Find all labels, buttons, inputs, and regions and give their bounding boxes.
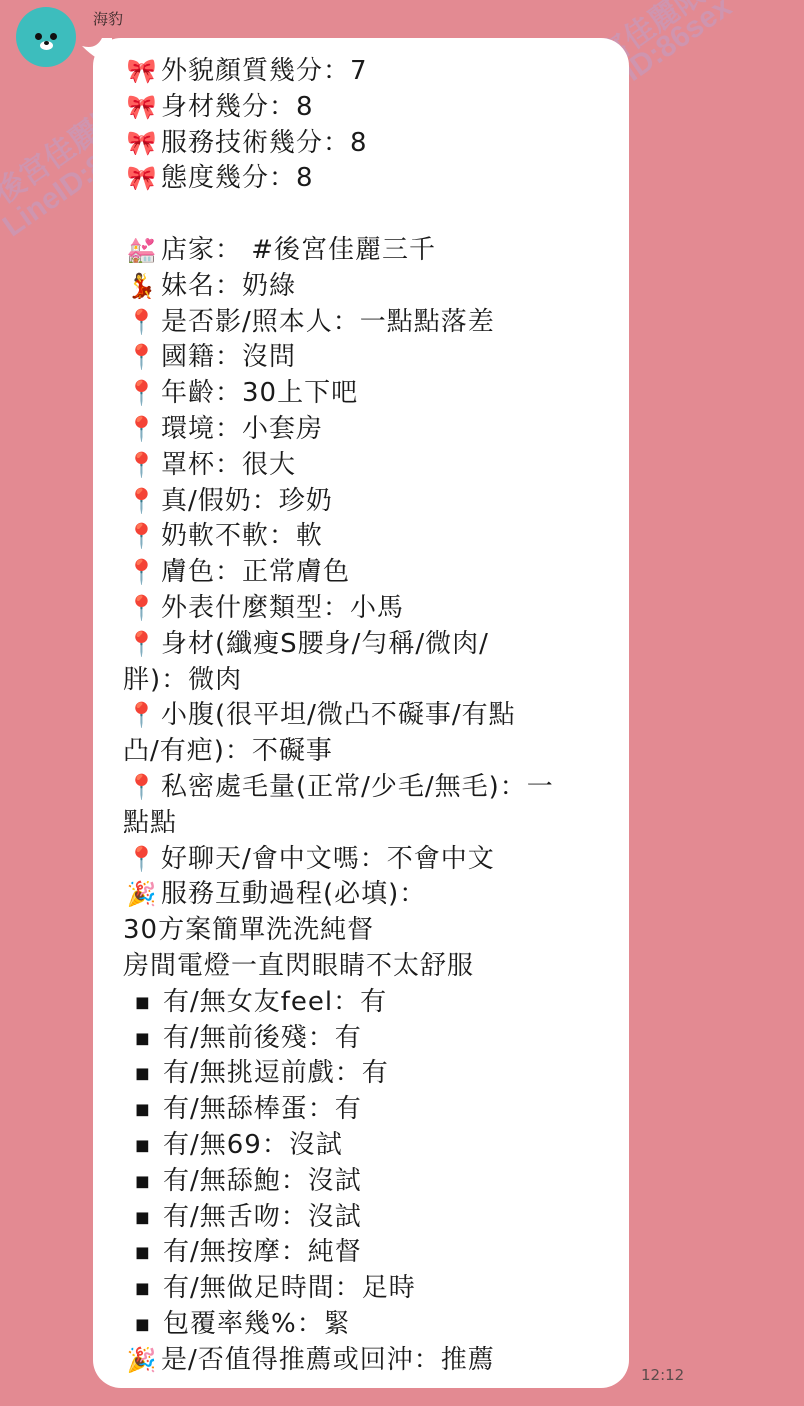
avatar-eye-icon <box>35 33 42 40</box>
message-line: ◼有/無舌吻：沒試 <box>123 1200 629 1236</box>
message-line-text: 身材幾分：8 <box>161 90 314 126</box>
ribbon-icon: 🎀 <box>123 161 161 197</box>
message-line-text: 環境：小套房 <box>161 412 323 448</box>
message-line-text: 店家： #後宮佳麗三千 <box>161 233 436 269</box>
avatar-nose-icon <box>44 41 49 45</box>
black-square-icon: ◼ <box>123 1200 163 1236</box>
sender-avatar[interactable] <box>16 7 76 67</box>
message-line: 💒店家： #後宮佳麗三千 <box>123 233 629 269</box>
message-line-text: 真/假奶：珍奶 <box>161 484 333 520</box>
message-line-text: 外貌顏質幾分：7 <box>161 54 368 90</box>
black-square-icon: ◼ <box>123 985 163 1021</box>
message-line: 🎉是/否值得推薦或回沖：推薦 <box>123 1343 629 1379</box>
message-line: 📍私密處毛量(正常/少毛/無毛)：一 <box>123 770 629 806</box>
pushpin-icon: 📍 <box>123 555 161 591</box>
black-square-icon: ◼ <box>123 1271 163 1307</box>
ribbon-icon: 🎀 <box>123 54 161 90</box>
message-line-text: 有/無做足時間：足時 <box>163 1271 416 1307</box>
pushpin-icon: 📍 <box>123 340 161 376</box>
message-line: 📍外表什麼類型：小馬 <box>123 591 629 627</box>
message-line: ◼有/無挑逗前戲：有 <box>123 1056 629 1092</box>
avatar-eye-icon <box>50 33 57 40</box>
message-line-text: 有/無舔棒蛋：有 <box>163 1092 362 1128</box>
black-square-icon: ◼ <box>123 1056 163 1092</box>
wedding-chapel-icon: 💒 <box>123 233 161 269</box>
message-line-text: 有/無按摩：純督 <box>163 1235 362 1271</box>
message-line-text: 凸/有疤)：不礙事 <box>123 734 333 770</box>
message-line-text: 是/否值得推薦或回沖：推薦 <box>161 1343 495 1379</box>
message-line-text: 有/無女友feel：有 <box>163 985 387 1021</box>
dancer-icon: 💃 <box>123 269 161 305</box>
message-line-text: 有/無前後殘：有 <box>163 1021 362 1057</box>
message-line: 🎀外貌顏質幾分：7 <box>123 54 629 90</box>
message-line: 📍罩杯：很大 <box>123 448 629 484</box>
message-line-text: 點點 <box>123 806 177 842</box>
message-line: 30方案簡單洗洗純督 <box>123 913 629 949</box>
ribbon-icon: 🎀 <box>123 126 161 162</box>
message-line-text: 國籍：沒問 <box>161 340 296 376</box>
message-line-text: 好聊天/會中文嗎：不會中文 <box>161 842 495 878</box>
message-line-text: 有/無舔鮑：沒試 <box>163 1164 362 1200</box>
message-line: 房間電燈一直閃眼睛不太舒服 <box>123 949 629 985</box>
pushpin-icon: 📍 <box>123 376 161 412</box>
message-line-text: 年齡：30上下吧 <box>161 376 358 412</box>
pushpin-icon: 📍 <box>123 305 161 341</box>
message-line: 📍身材(纖瘦S腰身/勻稱/微肉/ <box>123 627 629 663</box>
message-line-text: 有/無69：沒試 <box>163 1128 343 1164</box>
message-line: 胖)：微肉 <box>123 663 629 699</box>
party-popper-icon: 🎉 <box>123 1343 161 1379</box>
pushpin-icon: 📍 <box>123 770 161 806</box>
message-line: ◼有/無舔鮑：沒試 <box>123 1164 629 1200</box>
message-line: ◼有/無前後殘：有 <box>123 1021 629 1057</box>
message-line-text: 30方案簡單洗洗純督 <box>123 913 374 949</box>
message-line: 📍是否影/照本人：一點點落差 <box>123 305 629 341</box>
message-line: 💃妹名：奶綠 <box>123 269 629 305</box>
message-line: 📍膚色：正常膚色 <box>123 555 629 591</box>
message-bubble[interactable]: 🎀外貌顏質幾分：7🎀身材幾分：8🎀服務技術幾分：8🎀態度幾分：8💒店家： #後宮… <box>93 38 629 1388</box>
message-line: ◼包覆率幾%：緊 <box>123 1307 629 1343</box>
black-square-icon: ◼ <box>123 1128 163 1164</box>
pushpin-icon: 📍 <box>123 484 161 520</box>
message-line-text: 是否影/照本人：一點點落差 <box>161 305 495 341</box>
message-line: 📍年齡：30上下吧 <box>123 376 629 412</box>
message-line: ◼有/無舔棒蛋：有 <box>123 1092 629 1128</box>
pushpin-icon: 📍 <box>123 842 161 878</box>
message-line: 📍真/假奶：珍奶 <box>123 484 629 520</box>
message-line: 📍國籍：沒問 <box>123 340 629 376</box>
message-body: 🎀外貌顏質幾分：7🎀身材幾分：8🎀服務技術幾分：8🎀態度幾分：8💒店家： #後宮… <box>123 54 629 1378</box>
black-square-icon: ◼ <box>123 1235 163 1271</box>
message-line <box>123 197 629 233</box>
pushpin-icon: 📍 <box>123 412 161 448</box>
message-line-text: 妹名：奶綠 <box>161 269 296 305</box>
black-square-icon: ◼ <box>123 1164 163 1200</box>
message-line-text: 有/無舌吻：沒試 <box>163 1200 362 1236</box>
message-line-text: 身材(纖瘦S腰身/勻稱/微肉/ <box>161 627 489 663</box>
message-line: 🎀服務技術幾分：8 <box>123 126 629 162</box>
black-square-icon: ◼ <box>123 1307 163 1343</box>
message-line: 📍奶軟不軟：軟 <box>123 519 629 555</box>
message-time: 12:12 <box>641 1366 684 1384</box>
message-line-text: 胖)：微肉 <box>123 663 242 699</box>
message-line: 📍好聊天/會中文嗎：不會中文 <box>123 842 629 878</box>
message-line: 🎀態度幾分：8 <box>123 161 629 197</box>
message-line-text: 私密處毛量(正常/少毛/無毛)：一 <box>161 770 554 806</box>
message-line: 📍小腹(很平坦/微凸不礙事/有點 <box>123 698 629 734</box>
pushpin-icon: 📍 <box>123 448 161 484</box>
pushpin-icon: 📍 <box>123 591 161 627</box>
message-line-text: 房間電燈一直閃眼睛不太舒服 <box>123 949 474 985</box>
message-line: ◼有/無女友feel：有 <box>123 985 629 1021</box>
message-line: 🎀身材幾分：8 <box>123 90 629 126</box>
message-line: ◼有/無按摩：純督 <box>123 1235 629 1271</box>
message-line-text: 態度幾分：8 <box>161 161 314 197</box>
message-line-text: 包覆率幾%：緊 <box>163 1307 351 1343</box>
message-line: 🎉服務互動過程(必填)： <box>123 877 629 913</box>
sender-name: 海豹 <box>93 8 123 29</box>
message-line-text: 外表什麼類型：小馬 <box>161 591 404 627</box>
party-popper-icon: 🎉 <box>123 877 161 913</box>
black-square-icon: ◼ <box>123 1092 163 1128</box>
pushpin-icon: 📍 <box>123 627 161 663</box>
message-line-text: 服務互動過程(必填)： <box>161 877 426 913</box>
message-line: 點點 <box>123 806 629 842</box>
message-line-text: 服務技術幾分：8 <box>161 126 368 162</box>
message-line: ◼有/無69：沒試 <box>123 1128 629 1164</box>
message-line-text: 有/無挑逗前戲：有 <box>163 1056 389 1092</box>
message-line-text: 膚色：正常膚色 <box>161 555 350 591</box>
pushpin-icon: 📍 <box>123 519 161 555</box>
message-line-text: 小腹(很平坦/微凸不礙事/有點 <box>161 698 516 734</box>
pushpin-icon: 📍 <box>123 698 161 734</box>
message-line: 📍環境：小套房 <box>123 412 629 448</box>
message-line-text: 罩杯：很大 <box>161 448 296 484</box>
ribbon-icon: 🎀 <box>123 90 161 126</box>
black-square-icon: ◼ <box>123 1021 163 1057</box>
message-line: ◼有/無做足時間：足時 <box>123 1271 629 1307</box>
message-line-text: 奶軟不軟：軟 <box>161 519 323 555</box>
message-line: 凸/有疤)：不礙事 <box>123 734 629 770</box>
